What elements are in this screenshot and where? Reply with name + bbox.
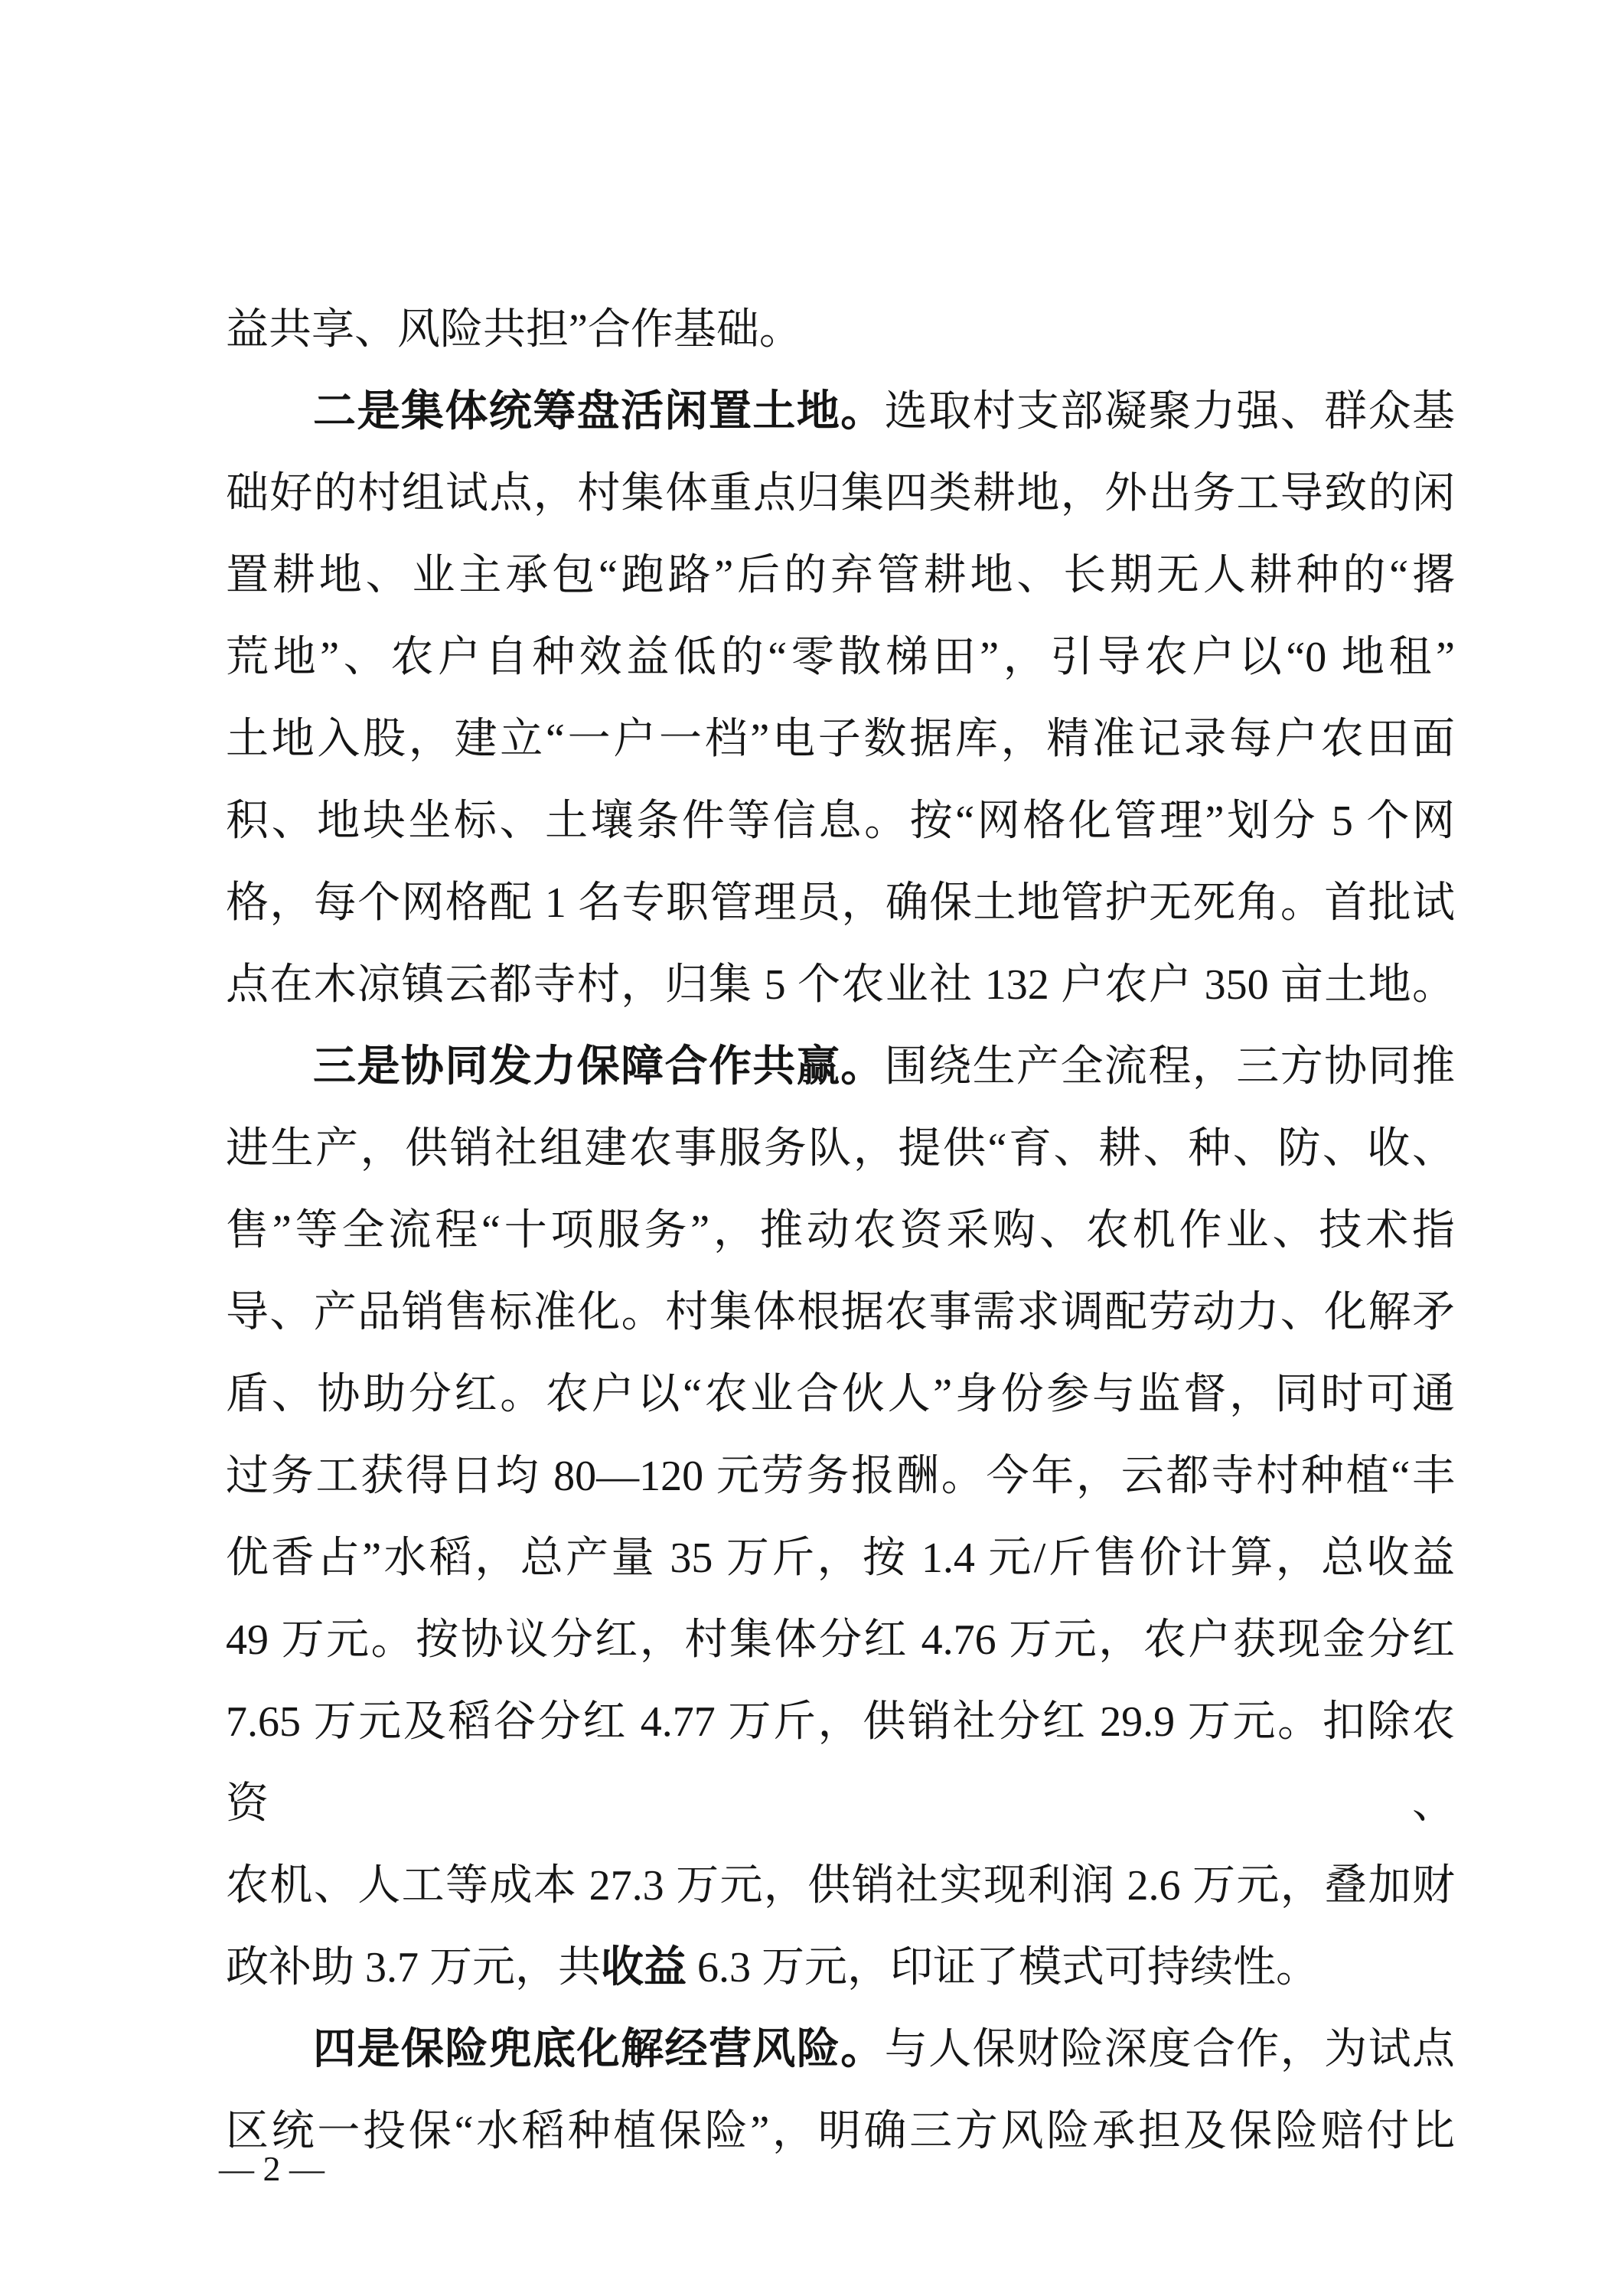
- body-text-segment: 置耕地、业主承包“跑路”后的弃管耕地、长期无人耕种的“撂: [226, 552, 1455, 599]
- body-text-segment: 过务工获得日均 80—120 元劳务报酬。今年，云都寺村种植“丰: [226, 1453, 1455, 1500]
- text-line: 盾、协助分红。农户以“农业合伙人”身份参与监督，同时可通: [226, 1354, 1455, 1436]
- body-text-segment: 区统一投保“水稻种植保险”，明确三方风险承担及保险赔付比: [226, 2108, 1455, 2155]
- text-line: 过务工获得日均 80—120 元劳务报酬。今年，云都寺村种植“丰: [226, 1436, 1455, 1518]
- text-line: 进生产，供销社组建农事服务队，提供“育、耕、种、防、收、: [226, 1108, 1455, 1190]
- body-text-segment: 7.65 万元及稻谷分红 4.77 万斤，供销社分红 29.9 万元。扣除农资、: [226, 1698, 1455, 1828]
- text-line: 荒地”、农户自种效益低的“零散梯田”，引导农户以“0 地租”: [226, 617, 1455, 699]
- text-line: 三是协同发力保障合作共赢。围绕生产全流程，三方协同推: [226, 1026, 1455, 1108]
- text-line: 区统一投保“水稻种植保险”，明确三方风险承担及保险赔付比: [226, 2091, 1455, 2173]
- body-text-segment: 础好的村组试点，村集体重点归集四类耕地，外出务工导致的闲: [226, 470, 1455, 517]
- text-line: 础好的村组试点，村集体重点归集四类耕地，外出务工导致的闲: [226, 453, 1455, 535]
- emphasis-text: 收益: [601, 1944, 687, 1991]
- body-text-segment: 导、产品销售标准化。村集体根据农事需求调配劳动力、化解矛: [226, 1289, 1455, 1336]
- emphasis-text: 二是集体统筹盘活闲置土地。: [313, 388, 885, 435]
- text-line: 优香占”水稻，总产量 35 万斤，按 1.4 元/斤售价计算，总收益: [226, 1518, 1455, 1600]
- body-text-segment: 选取村支部凝聚力强、群众基: [885, 388, 1455, 435]
- text-line: 49 万元。按协议分红，村集体分红 4.76 万元，农户获现金分红: [226, 1600, 1455, 1681]
- body-text-segment: 格，每个网格配 1 名专职管理员，确保土地管护无死角。首批试: [226, 879, 1455, 927]
- body-text-segment: 点在木凉镇云都寺村，归集 5 个农业社 132 户农户 350 亩土地。: [226, 961, 1455, 1009]
- text-line: 益共享、风险共担”合作基础。: [226, 289, 1455, 371]
- text-line: 二是集体统筹盘活闲置土地。选取村支部凝聚力强、群众基: [226, 371, 1455, 453]
- text-line: 四是保险兜底化解经营风险。与人保财险深度合作，为试点: [226, 2009, 1455, 2091]
- body-text-segment: 农机、人工等成本 27.3 万元，供销社实现利润 2.6 万元，叠加财: [226, 1862, 1455, 1910]
- body-text-segment: 与人保财险深度合作，为试点: [885, 2026, 1455, 2073]
- text-line: 政补助 3.7 万元，共收益 6.3 万元，印证了模式可持续性。: [226, 1927, 1455, 2009]
- text-line: 置耕地、业主承包“跑路”后的弃管耕地、长期无人耕种的“撂: [226, 535, 1455, 617]
- text-line: 积、地块坐标、土壤条件等信息。按“网格化管理”划分 5 个网: [226, 781, 1455, 863]
- text-line: 导、产品销售标准化。村集体根据农事需求调配劳动力、化解矛: [226, 1272, 1455, 1354]
- body-text-segment: 政补助 3.7 万元，共: [226, 1944, 601, 1991]
- body-text-segment: 盾、协助分红。农户以“农业合伙人”身份参与监督，同时可通: [226, 1371, 1455, 1418]
- text-line: 7.65 万元及稻谷分红 4.77 万斤，供销社分红 29.9 万元。扣除农资、: [226, 1681, 1455, 1845]
- body-text-segment: 进生产，供销社组建农事服务队，提供“育、耕、种、防、收、: [226, 1125, 1455, 1172]
- text-line: 点在木凉镇云都寺村，归集 5 个农业社 132 户农户 350 亩土地。: [226, 944, 1455, 1026]
- body-text-segment: 积、地块坐标、土壤条件等信息。按“网格化管理”划分 5 个网: [226, 797, 1455, 845]
- emphasis-text: 四是保险兜底化解经营风险。: [313, 2026, 885, 2073]
- body-text-segment: 土地入股，建立“一户一档”电子数据库，精准记录每户农田面: [226, 716, 1455, 763]
- text-line: 土地入股，建立“一户一档”电子数据库，精准记录每户农田面: [226, 699, 1455, 781]
- text-line: 售”等全流程“十项服务”，推动农资采购、农机作业、技术指: [226, 1190, 1455, 1272]
- emphasis-text: 三是协同发力保障合作共赢。: [313, 1043, 885, 1091]
- body-text-segment: 49 万元。按协议分红，村集体分红 4.76 万元，农户获现金分红: [226, 1616, 1455, 1664]
- body-text-segment: 荒地”、农户自种效益低的“零散梯田”，引导农户以“0 地租”: [226, 634, 1455, 681]
- body-text-segment: 6.3 万元，印证了模式可持续性。: [687, 1944, 1319, 1991]
- page-number: — 2 —: [219, 2148, 325, 2190]
- body-text-segment: 优香占”水稻，总产量 35 万斤，按 1.4 元/斤售价计算，总收益: [226, 1534, 1455, 1582]
- document-page: 益共享、风险共担”合作基础。二是集体统筹盘活闲置土地。选取村支部凝聚力强、群众基…: [0, 0, 1621, 2296]
- text-line: 农机、人工等成本 27.3 万元，供销社实现利润 2.6 万元，叠加财: [226, 1845, 1455, 1927]
- body-text-segment: 围绕生产全流程，三方协同推: [885, 1043, 1455, 1091]
- body-text-segment: 售”等全流程“十项服务”，推动农资采购、农机作业、技术指: [226, 1207, 1455, 1254]
- document-body: 益共享、风险共担”合作基础。二是集体统筹盘活闲置土地。选取村支部凝聚力强、群众基…: [226, 289, 1455, 2173]
- body-text-segment: 益共享、风险共担”合作基础。: [226, 306, 802, 354]
- text-line: 格，每个网格配 1 名专职管理员，确保土地管护无死角。首批试: [226, 863, 1455, 944]
